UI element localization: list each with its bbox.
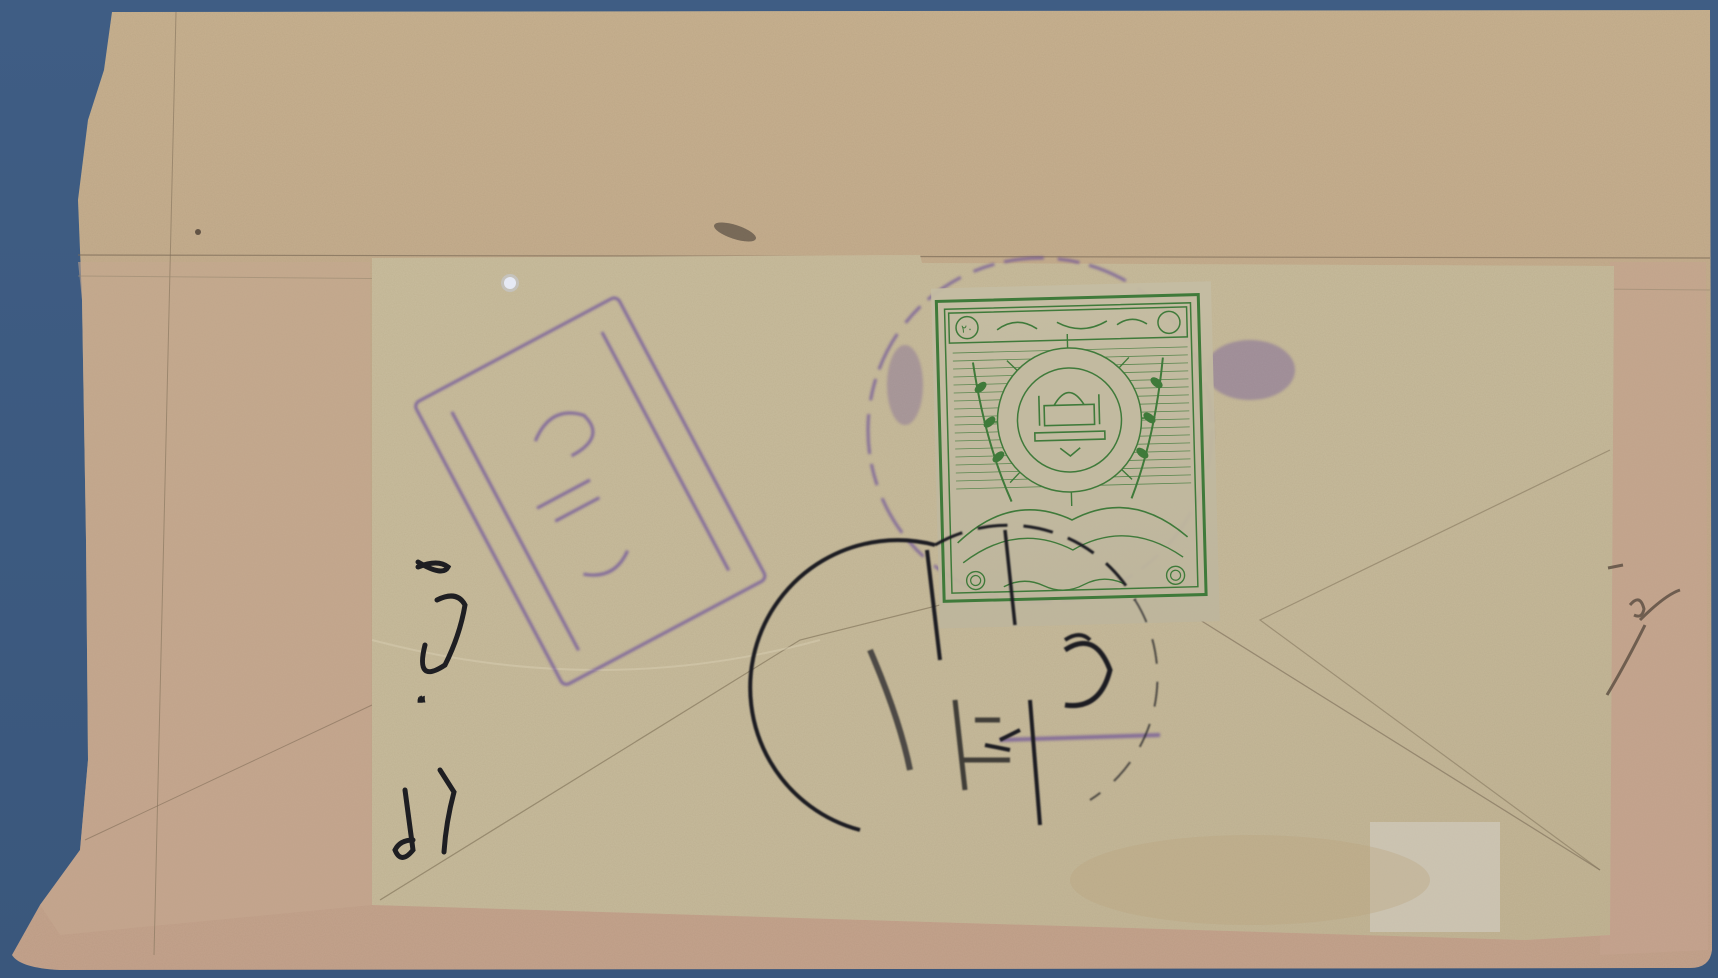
- stamp: ٢٠: [931, 281, 1220, 628]
- postal-cover-scene: ٢٠: [0, 0, 1718, 978]
- svg-text:٢٠: ٢٠: [961, 323, 973, 336]
- svg-text:٦ سم: ٦ سم: [420, 699, 423, 701]
